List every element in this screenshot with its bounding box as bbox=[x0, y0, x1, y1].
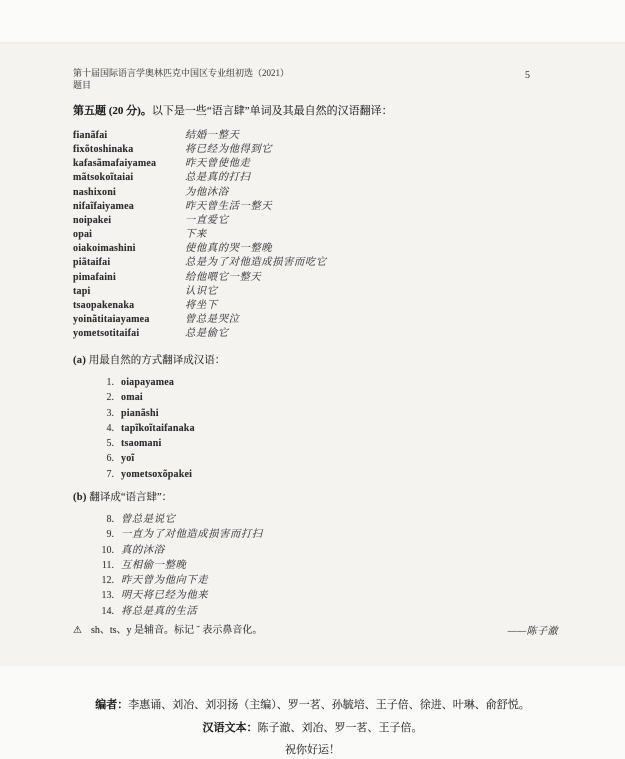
vocab-gloss: 曾总是哭泣 bbox=[185, 313, 239, 327]
problem-title: 第五题 (20 分)。以下是一些“语言肆”单词及其最自然的汉语翻译： bbox=[73, 102, 553, 118]
list-item-text: pianãshi bbox=[121, 406, 159, 421]
list-item-number: 3. bbox=[96, 406, 114, 421]
vocab-word: mãtsokoĩtaiai bbox=[73, 171, 185, 185]
vocab-word: kafasãmafaiyamea bbox=[73, 157, 185, 171]
vocab-gloss: 总是真的打扫 bbox=[185, 171, 250, 185]
list-item-text: 曾总是说它 bbox=[121, 512, 175, 527]
list-item: 4. tapĩkoĩtaifanaka bbox=[96, 421, 195, 436]
note-text: sh、ts、y 是辅音。标记 ˜ 表示鼻音化。 bbox=[91, 625, 262, 636]
vocab-row: yometsotitaifai 总是偷它 bbox=[73, 327, 553, 341]
vocab-word: piãtaifai bbox=[73, 256, 185, 270]
chinese-text-names: 陈子澈、刘冶、罗一茗、王子倍。 bbox=[258, 722, 423, 734]
vocab-gloss: 使他真的哭一整晚 bbox=[185, 242, 272, 256]
list-item: 9. 一直为了对他造成损害而打扫 bbox=[96, 527, 263, 542]
problem-intro-text: 以下是一些“语言肆”单词及其最自然的汉语翻译： bbox=[152, 105, 393, 117]
list-item: 10. 真的沐浴 bbox=[96, 543, 263, 558]
vocab-row: kafasãmafaiyamea 昨天曾使他走 bbox=[73, 157, 553, 171]
list-item-text: 真的沐浴 bbox=[121, 543, 165, 558]
good-luck-line: 祝你好运！ bbox=[0, 741, 625, 757]
list-item-number: 11. bbox=[96, 558, 114, 573]
vocab-gloss: 总是为了对他造成损害而吃它 bbox=[185, 256, 327, 270]
page-background-band-top bbox=[0, 0, 625, 42]
list-item: 6. yoĩ bbox=[96, 451, 195, 466]
list-item-text: 将总是真的生活 bbox=[121, 604, 197, 619]
vocab-word: nifaĩfaiyamea bbox=[73, 200, 185, 214]
vocab-row: noipakei 一直爱它 bbox=[73, 214, 553, 228]
list-item-number: 4. bbox=[96, 421, 114, 436]
vocab-row: opai 下来 bbox=[73, 228, 553, 242]
footer-editors-line: 编者：李惠诵、刘冶、刘羽扬（主编）、罗一茗、孙毓培、王子倍、徐进、叶琳、俞舒悦。 bbox=[0, 696, 625, 712]
problem-number-points: 第五题 (20 分)。 bbox=[73, 105, 152, 117]
list-item-number: 9. bbox=[96, 527, 114, 542]
list-item-number: 2. bbox=[96, 390, 114, 405]
list-item: 11. 互相偷一整晚 bbox=[96, 558, 263, 573]
part-a-label: (a) bbox=[73, 355, 86, 366]
vocab-word: fianãfai bbox=[73, 129, 185, 143]
vocab-gloss: 将已经为他得到它 bbox=[185, 143, 272, 157]
list-item-number: 1. bbox=[96, 375, 114, 390]
vocab-table: fianãfai 结婚一整天 fixõtoshinaka 将已经为他得到它 ka… bbox=[73, 129, 553, 341]
vocab-word: pimafaini bbox=[73, 271, 185, 285]
vocab-word: fixõtoshinaka bbox=[73, 143, 185, 157]
document-page: 第十届国际语言学奥林匹克中国区专业组初选（2021） 题目 5 第五题 (20 … bbox=[0, 0, 625, 759]
page-header: 第十届国际语言学奥林匹克中国区专业组初选（2021） 题目 5 bbox=[73, 68, 530, 91]
vocab-gloss: 为他沐浴 bbox=[185, 186, 229, 200]
vocab-word: tapi bbox=[73, 285, 185, 299]
list-item-text: tapĩkoĩtaifanaka bbox=[121, 421, 195, 436]
vocab-row: yoinãtitaiayamea 曾总是哭泣 bbox=[73, 313, 553, 327]
list-item: 8. 曾总是说它 bbox=[96, 512, 263, 527]
part-b-label: (b) bbox=[73, 492, 87, 503]
list-item-text: 昨天曾为他向下走 bbox=[121, 573, 208, 588]
vocab-word: noipakei bbox=[73, 214, 185, 228]
chinese-text-label: 汉语文本： bbox=[203, 722, 258, 734]
vocab-gloss: 总是偷它 bbox=[185, 327, 229, 341]
vocab-gloss: 昨天曾使他走 bbox=[185, 157, 250, 171]
part-b-list: 8. 曾总是说它 9. 一直为了对他造成损害而打扫 10. 真的沐浴 11. 互… bbox=[96, 512, 263, 619]
vocab-word: nashixoni bbox=[73, 186, 185, 200]
list-item: 12. 昨天曾为他向下走 bbox=[96, 573, 263, 588]
vocab-gloss: 认识它 bbox=[185, 285, 218, 299]
vocab-row: pimafaini 给他喂它一整天 bbox=[73, 271, 553, 285]
vocab-word: tsaopakenaka bbox=[73, 299, 185, 313]
vocab-gloss: 一直爱它 bbox=[185, 214, 229, 228]
list-item-number: 13. bbox=[96, 588, 114, 603]
vocab-row: tsaopakenaka 将坐下 bbox=[73, 299, 553, 313]
list-item-text: oiapayamea bbox=[121, 375, 174, 390]
vocab-row: nifaĩfaiyamea 昨天曾生活一整天 bbox=[73, 200, 553, 214]
header-section-label: 题目 bbox=[73, 80, 530, 92]
list-item-text: yometsoxõpakei bbox=[121, 467, 192, 482]
vocab-row: tapi 认识它 bbox=[73, 285, 553, 299]
part-a-prompt: 用最自然的方式翻译成汉语： bbox=[89, 355, 226, 366]
part-a-list: 1. oiapayamea 2. omai 3. pianãshi 4. tap… bbox=[96, 375, 195, 482]
list-item: 2. omai bbox=[96, 390, 195, 405]
vocab-gloss: 将坐下 bbox=[185, 299, 218, 313]
vocab-row: fixõtoshinaka 将已经为他得到它 bbox=[73, 143, 553, 157]
vocab-row: mãtsokoĩtaiai 总是真的打扫 bbox=[73, 171, 553, 185]
part-b-heading: (b) 翻译成“语言肆”： bbox=[73, 489, 172, 504]
list-item-number: 6. bbox=[96, 451, 114, 466]
part-a-heading: (a) 用最自然的方式翻译成汉语： bbox=[73, 352, 225, 367]
list-item-number: 14. bbox=[96, 604, 114, 619]
vocab-row: oiakoimashini 使他真的哭一整晚 bbox=[73, 242, 553, 256]
list-item-text: tsaomani bbox=[121, 436, 162, 451]
list-item: 1. oiapayamea bbox=[96, 375, 195, 390]
list-item-number: 8. bbox=[96, 512, 114, 527]
warning-triangle-icon: ⚠ bbox=[73, 625, 82, 636]
vocab-row: piãtaifai 总是为了对他造成损害而吃它 bbox=[73, 256, 553, 270]
list-item: 5. tsaomani bbox=[96, 436, 195, 451]
list-item-text: yoĩ bbox=[121, 451, 134, 466]
vocab-word: yometsotitaifai bbox=[73, 327, 185, 341]
list-item-number: 10. bbox=[96, 543, 114, 558]
vocab-word: oiakoimashini bbox=[73, 242, 185, 256]
list-item-text: 互相偷一整晚 bbox=[121, 558, 186, 573]
good-luck-text: 祝你好运！ bbox=[285, 744, 340, 756]
editors-names: 李惠诵、刘冶、刘羽扬（主编）、罗一茗、孙毓培、王子倍、徐进、叶琳、俞舒悦。 bbox=[128, 699, 530, 711]
part-b-prompt: 翻译成“语言肆”： bbox=[89, 492, 172, 503]
vocab-gloss: 结婚一整天 bbox=[185, 129, 239, 143]
list-item: 13. 明天将已经为他来 bbox=[96, 588, 263, 603]
list-item: 7. yometsoxõpakei bbox=[96, 467, 195, 482]
vocab-gloss: 下来 bbox=[185, 228, 207, 242]
list-item-number: 5. bbox=[96, 436, 114, 451]
page-number: 5 bbox=[525, 70, 530, 82]
list-item: 3. pianãshi bbox=[96, 406, 195, 421]
vocab-word: yoinãtitaiayamea bbox=[73, 313, 185, 327]
list-item-number: 7. bbox=[96, 467, 114, 482]
list-item-text: 明天将已经为他来 bbox=[121, 588, 208, 603]
list-item-text: omai bbox=[121, 390, 143, 405]
list-item: 14. 将总是真的生活 bbox=[96, 604, 263, 619]
header-booklet-title: 第十届国际语言学奥林匹克中国区专业组初选（2021） bbox=[73, 68, 530, 80]
editors-label: 编者： bbox=[95, 699, 128, 711]
vocab-word: opai bbox=[73, 228, 185, 242]
phonology-note: ⚠sh、ts、y 是辅音。标记 ˜ 表示鼻音化。 ——陈子澈 bbox=[73, 621, 558, 636]
vocab-gloss: 给他喂它一整天 bbox=[185, 271, 261, 285]
vocab-gloss: 昨天曾生活一整天 bbox=[185, 200, 272, 214]
footer-chinese-text-line: 汉语文本：陈子澈、刘冶、罗一茗、王子倍。 bbox=[0, 719, 625, 735]
vocab-row: fianãfai 结婚一整天 bbox=[73, 129, 553, 143]
author-attribution: ——陈子澈 bbox=[508, 622, 558, 637]
vocab-row: nashixoni 为他沐浴 bbox=[73, 186, 553, 200]
list-item-number: 12. bbox=[96, 573, 114, 588]
scan-seam bbox=[0, 42, 625, 44]
list-item-text: 一直为了对他造成损害而打扫 bbox=[121, 527, 263, 542]
